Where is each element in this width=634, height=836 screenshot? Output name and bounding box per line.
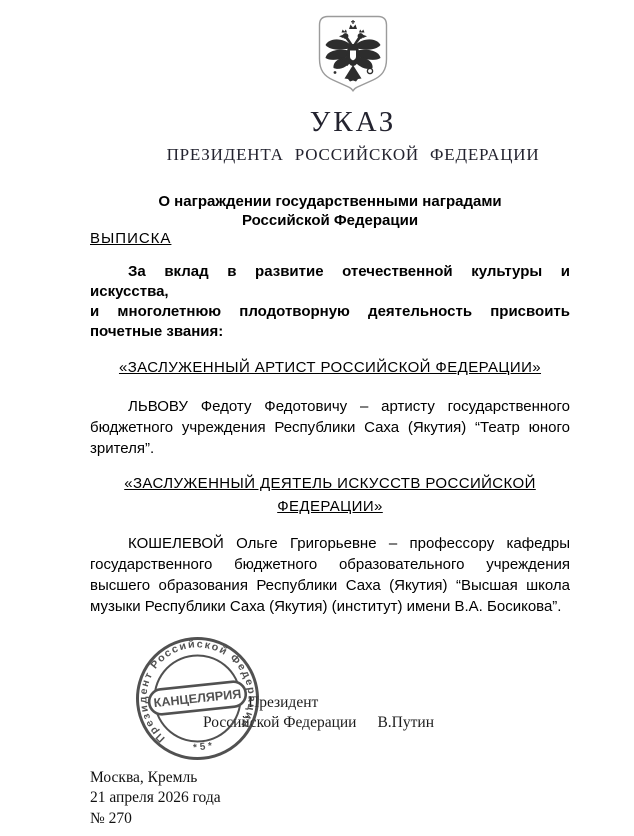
footer-date: 21 апреля 2026 года: [90, 788, 221, 808]
decree-title: УКАЗ: [310, 106, 397, 139]
award-line: зрителя”.: [90, 438, 570, 459]
signature-title-line-1: Президент: [248, 693, 434, 713]
section-2-title: «ЗАСЛУЖЕННЫЙ ДЕЯТЕЛЬ ИСКУССТВ РОССИЙСКОЙ…: [90, 472, 570, 518]
award-line: КОШЕЛЕВОЙ Ольге Григорьевне – профессору…: [90, 533, 570, 554]
award-line: музыки Республики Саха (Якутия) (институ…: [90, 596, 570, 617]
intro-line: За вклад в развитие отечественной культу…: [90, 262, 570, 282]
intro-line: и многолетнюю плодотворную деятельность …: [90, 302, 570, 322]
intro-line: искусства,: [90, 282, 570, 302]
vypiska-label: ВЫПИСКА: [90, 230, 570, 247]
document-heading: О награждении государственными наградами…: [90, 192, 570, 230]
chancellery-stamp: Президент Российской Федерации * 5 * КАН…: [128, 629, 268, 769]
russian-coat-of-arms-icon: [318, 15, 388, 95]
award-line: бюджетного учреждения Республики Саха (Я…: [90, 417, 570, 438]
award-line: государственного бюджетного образователь…: [90, 554, 570, 575]
signature-name: В.Путин: [377, 713, 434, 733]
intro-line: почетные звания:: [90, 322, 570, 342]
section-2-title-line: «ЗАСЛУЖЕННЫЙ ДЕЯТЕЛЬ ИСКУССТВ РОССИЙСКОЙ: [90, 472, 570, 495]
award-line: высшего образования Республики Саха (Яку…: [90, 575, 570, 596]
decree-page: УКАЗ ПРЕЗИДЕНТА РОССИЙСКОЙ ФЕДЕРАЦИИ О н…: [0, 0, 634, 836]
section-1-title-line: «ЗАСЛУЖЕННЫЙ АРТИСТ РОССИЙСКОЙ ФЕДЕРАЦИИ…: [90, 359, 570, 376]
footer-number: № 270: [90, 809, 221, 829]
stamp-bottom-text: * 5 *: [193, 741, 213, 754]
footer-block: Москва, Кремль 21 апреля 2026 года № 270: [90, 768, 221, 829]
section-1-paragraph: ЛЬВОВУ Федоту Федотовичу – артисту госуд…: [90, 396, 570, 459]
heading-line-2: Российской Федерации: [90, 211, 570, 230]
section-2-paragraph: КОШЕЛЕВОЙ Ольге Григорьевне – профессору…: [90, 533, 570, 617]
footer-place: Москва, Кремль: [90, 768, 221, 788]
heading-line-1: О награждении государственными наградами: [90, 192, 570, 211]
intro-paragraph: За вклад в развитие отечественной культу…: [90, 262, 570, 342]
section-1-title: «ЗАСЛУЖЕННЫЙ АРТИСТ РОССИЙСКОЙ ФЕДЕРАЦИИ…: [90, 359, 570, 376]
section-2-title-line: ФЕДЕРАЦИИ»: [90, 495, 570, 518]
decree-subtitle: ПРЕЗИДЕНТА РОССИЙСКОЙ ФЕДЕРАЦИИ: [167, 145, 540, 165]
award-line: ЛЬВОВУ Федоту Федотовичу – артисту госуд…: [90, 396, 570, 417]
